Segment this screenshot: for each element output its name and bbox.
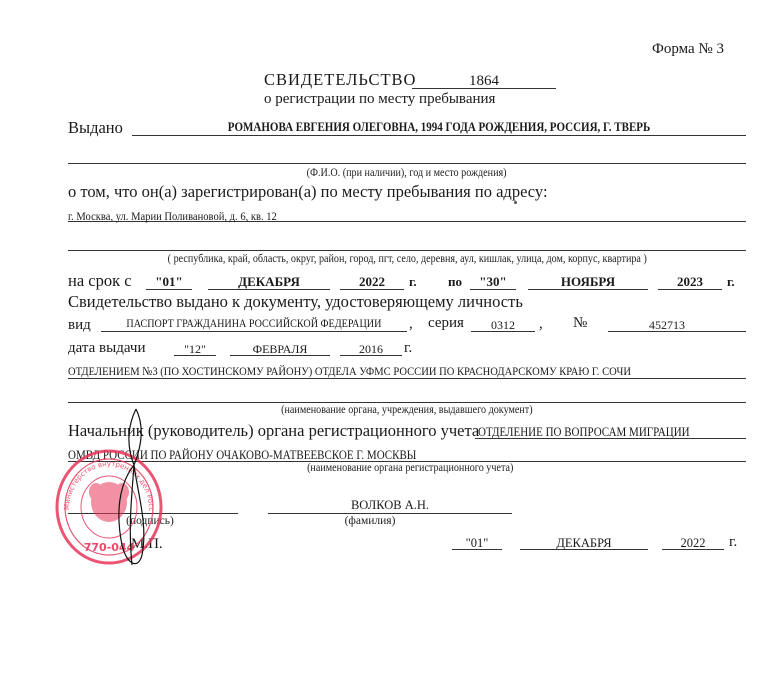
term-to-day: "30" (470, 274, 516, 290)
address-line-2 (68, 250, 746, 251)
term-to-label: по (448, 274, 462, 290)
registration-authority-caption: (наименование органа регистрационного уч… (240, 462, 580, 474)
document-number-label: № (573, 315, 587, 332)
form-number: Форма № 3 (652, 41, 724, 58)
registration-authority-line-1 (475, 438, 746, 439)
issued-to-label: Выдано (68, 118, 123, 138)
issued-by-text: ОТДЕЛЕНИЕМ №3 (ПО ХОСТИНСКОМУ РАЙОНУ) ОТ… (68, 364, 631, 379)
issue-date-label: дата выдачи (68, 340, 145, 357)
issued-to-caption: (Ф.И.О. (при наличии), год и место рожде… (68, 167, 746, 179)
term-from-year: 2022 (340, 274, 404, 290)
issued-by-caption: (наименование органа, учреждения, выдавш… (68, 404, 746, 416)
term-to-month: НОЯБРЯ (528, 274, 648, 290)
sign-date-year: 2022 (662, 536, 724, 551)
certificate-subtitle: о регистрации по месту пребывания (264, 91, 495, 108)
issued-by-line-2 (68, 402, 746, 403)
term-to-year: 2023 (658, 274, 722, 290)
sign-date-day: "01" (452, 536, 502, 551)
certificate-title: СВИДЕТЕЛЬСТВО (264, 70, 416, 90)
term-from-month: ДЕКАБРЯ (208, 274, 330, 290)
document-type-label: вид (68, 317, 91, 334)
scan-speck (514, 201, 517, 204)
address-caption-text: ( республика, край, область, округ, райо… (167, 253, 646, 265)
address-label: о том, что он(а) зарегистрирован(а) по м… (68, 182, 548, 202)
issued-by-line (68, 378, 746, 379)
issue-month: ФЕВРАЛЯ (230, 342, 330, 357)
issued-to-value: РОМАНОВА ЕВГЕНИЯ ОЛЕГОВНА, 1994 ГОДА РОЖ… (132, 120, 746, 135)
term-from-year-suffix: г. (409, 274, 417, 290)
document-type-line (101, 331, 407, 332)
document-type-value: ПАСПОРТ ГРАЖДАНИНА РОССИЙСКОЙ ФЕДЕРАЦИИ (101, 318, 407, 330)
issued-to-caption-text: (Ф.И.О. (при наличии), год и место рожде… (307, 167, 507, 179)
document-series-comma: , (539, 316, 543, 333)
surname-line (268, 513, 512, 514)
registration-authority-caption-text: (наименование органа регистрационного уч… (307, 462, 513, 474)
sign-date-month: ДЕКАБРЯ (520, 536, 648, 551)
issued-by-caption-text: (наименование органа, учреждения, выдавш… (281, 404, 532, 416)
issue-year-suffix: г. (404, 340, 412, 357)
term-to-year-suffix: г. (727, 274, 735, 290)
surname-caption: (фамилия) (330, 515, 410, 527)
issue-year: 2016 (340, 342, 402, 357)
issue-day: "12" (174, 342, 216, 357)
document-type-comma: , (409, 316, 413, 333)
certificate-number: 1864 (412, 73, 556, 90)
identity-document-intro: Свидетельство выдано к документу, удосто… (68, 292, 523, 312)
document-series-value: 0312 (471, 318, 535, 333)
term-from-day: "01" (146, 274, 192, 290)
issued-to-text: РОМАНОВА ЕВГЕНИЯ ОЛЕГОВНА, 1994 ГОДА РОЖ… (228, 120, 650, 135)
issued-to-line-2 (68, 163, 746, 164)
term-from-label: на срок с (68, 271, 132, 291)
address-caption: ( республика, край, область, округ, райо… (68, 253, 746, 265)
document-number-value: 452713 (598, 318, 736, 333)
address-line (68, 221, 746, 222)
document-series-label: серия (428, 315, 464, 332)
surname-value: ВОЛКОВ А.Н. (268, 498, 512, 513)
document-type-text: ПАСПОРТ ГРАЖДАНИНА РОССИЙСКОЙ ФЕДЕРАЦИИ (126, 318, 381, 330)
issued-to-line (132, 135, 746, 136)
handwritten-signature-icon (98, 405, 168, 575)
issued-by-value: ОТДЕЛЕНИЕМ №3 (ПО ХОСТИНСКОМУ РАЙОНУ) ОТ… (68, 364, 708, 379)
sign-date-year-suffix: г. (729, 534, 737, 551)
